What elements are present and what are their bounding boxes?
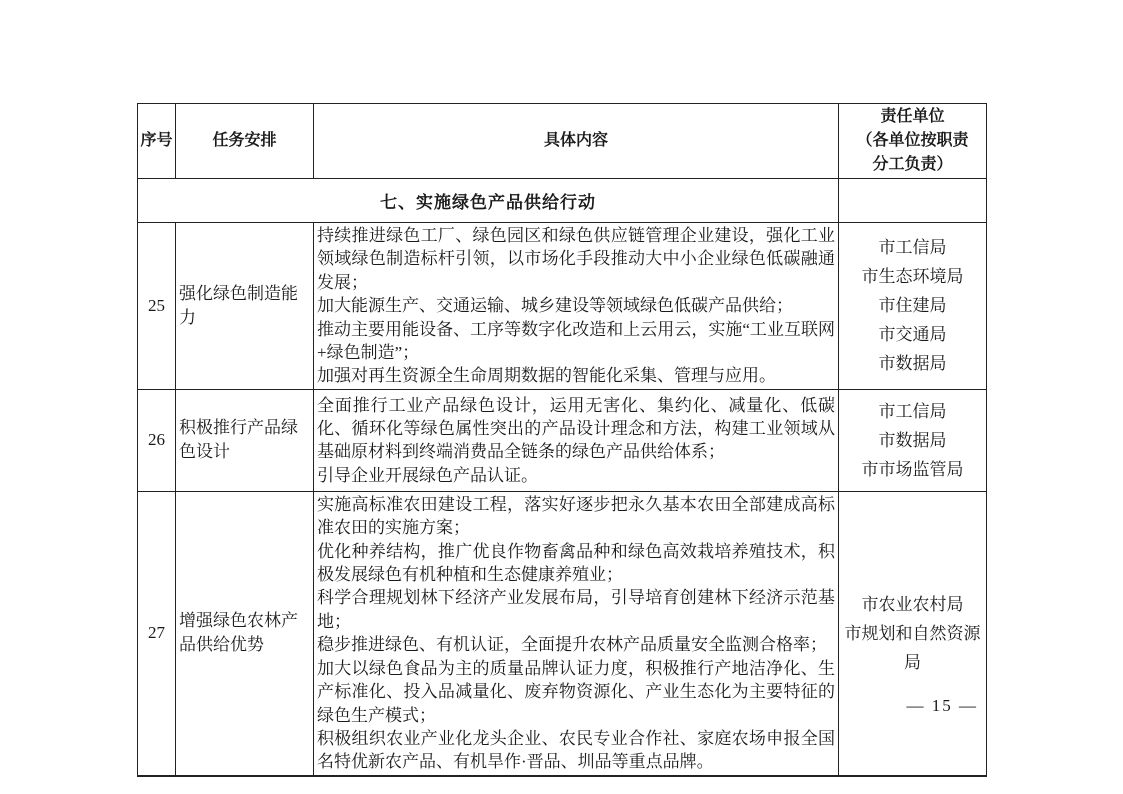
content-cell: 实施高标准农田建设工程，落实好逐步把永久基本农田全部建成高标准农田的实施方案；优… xyxy=(314,491,839,775)
content-paragraph: 推动主要用能设备、工序等数字化改造和上云用云，实施“工业互联网+绿色制造”； xyxy=(317,318,835,365)
content-paragraph: 稳步推进绿色、有机认证，全面提升农林产品质量安全监测合格率； xyxy=(317,633,835,656)
table-row: 27 增强绿色农林产品供给优势 实施高标准农田建设工程，落实好逐步把永久基本农田… xyxy=(138,491,987,775)
unit-line: 市工信局 xyxy=(840,233,985,262)
unit-line: 市交通局 xyxy=(840,320,985,349)
section-row: 七、实施绿色产品供给行动 xyxy=(138,179,987,223)
content-paragraph: 加大以绿色食品为主的质量品牌认证力度，积极推行产地洁净化、生产标准化、投入品减量… xyxy=(317,657,835,727)
row-index-cell: 25 xyxy=(138,223,176,390)
content-paragraph: 加强对再生资源全生命周期数据的智能化采集、管理与应用。 xyxy=(317,364,835,387)
content-paragraph: 实施高标准农田建设工程，落实好逐步把永久基本农田全部建成高标准农田的实施方案； xyxy=(317,493,835,540)
table-row: 26 积极推行产品绿色设计 全面推行工业产品绿色设计，运用无害化、集约化、减量化… xyxy=(138,389,987,491)
content-paragraph: 积极组织农业产业化龙头企业、农民专业合作社、家庭农场申报全国名特优新农产品、有机… xyxy=(317,727,835,774)
task-cell: 增强绿色农林产品供给优势 xyxy=(176,491,314,775)
header-cell-content: 具体内容 xyxy=(314,104,839,179)
unit-line: 市工信局 xyxy=(840,397,985,426)
table-header-row: 序号 任务安排 具体内容 责任单位 （各单位按职责 分工负责） xyxy=(138,104,987,179)
unit-line: 市市场监管局 xyxy=(840,455,985,484)
content-paragraph: 加大能源生产、交通运输、城乡建设等领域绿色低碳产品供给； xyxy=(317,294,835,317)
unit-line: 市住建局 xyxy=(840,291,985,320)
task-cell: 强化绿色制造能力 xyxy=(176,223,314,390)
content-paragraph: 引导企业开展绿色产品认证。 xyxy=(317,464,835,487)
section-title: 七、实施绿色产品供给行动 xyxy=(138,179,839,223)
content-cell: 持续推进绿色工厂、绿色园区和绿色供应链管理企业建设，强化工业领域绿色制造标杆引领… xyxy=(314,223,839,390)
unit-cell: 市工信局市生态环境局市住建局市交通局市数据局 xyxy=(839,223,987,390)
unit-line: 市数据局 xyxy=(840,349,985,378)
table-row: 25 强化绿色制造能力 持续推进绿色工厂、绿色园区和绿色供应链管理企业建设，强化… xyxy=(138,223,987,390)
unit-cell: 市工信局市数据局市市场监管局 xyxy=(839,389,987,491)
page-number: — 15 — xyxy=(907,696,979,716)
content-paragraph: 优化种养结构，推广优良作物畜禽品种和绿色高效栽培养殖技术，积极发展绿色有机种植和… xyxy=(317,540,835,587)
task-cell: 积极推行产品绿色设计 xyxy=(176,389,314,491)
header-cell-index: 序号 xyxy=(138,104,176,179)
content-paragraph: 科学合理规划林下经济产业发展布局，引导培育创建林下经济示范基地； xyxy=(317,586,835,633)
header-cell-task: 任务安排 xyxy=(176,104,314,179)
unit-line: 市生态环境局 xyxy=(840,262,985,291)
unit-line: 市农业农村局 xyxy=(840,590,985,619)
document-page: 序号 任务安排 具体内容 责任单位 （各单位按职责 分工负责） 七、实施绿色产品… xyxy=(0,0,1123,794)
section-empty-cell xyxy=(839,179,987,223)
content-paragraph: 持续推进绿色工厂、绿色园区和绿色供应链管理企业建设，强化工业领域绿色制造标杆引领… xyxy=(317,224,835,294)
task-table: 序号 任务安排 具体内容 责任单位 （各单位按职责 分工负责） 七、实施绿色产品… xyxy=(137,103,987,777)
row-index-cell: 27 xyxy=(138,491,176,775)
content-paragraph: 全面推行工业产品绿色设计，运用无害化、集约化、减量化、低碳化、循环化等绿色属性突… xyxy=(317,394,835,464)
row-index-cell: 26 xyxy=(138,389,176,491)
unit-cell: 市农业农村局市规划和自然资源局 xyxy=(839,491,987,775)
content-cell: 全面推行工业产品绿色设计，运用无害化、集约化、减量化、低碳化、循环化等绿色属性突… xyxy=(314,389,839,491)
header-cell-unit: 责任单位 （各单位按职责 分工负责） xyxy=(839,104,987,179)
unit-line: 市数据局 xyxy=(840,426,985,455)
unit-line: 市规划和自然资源局 xyxy=(840,619,985,677)
